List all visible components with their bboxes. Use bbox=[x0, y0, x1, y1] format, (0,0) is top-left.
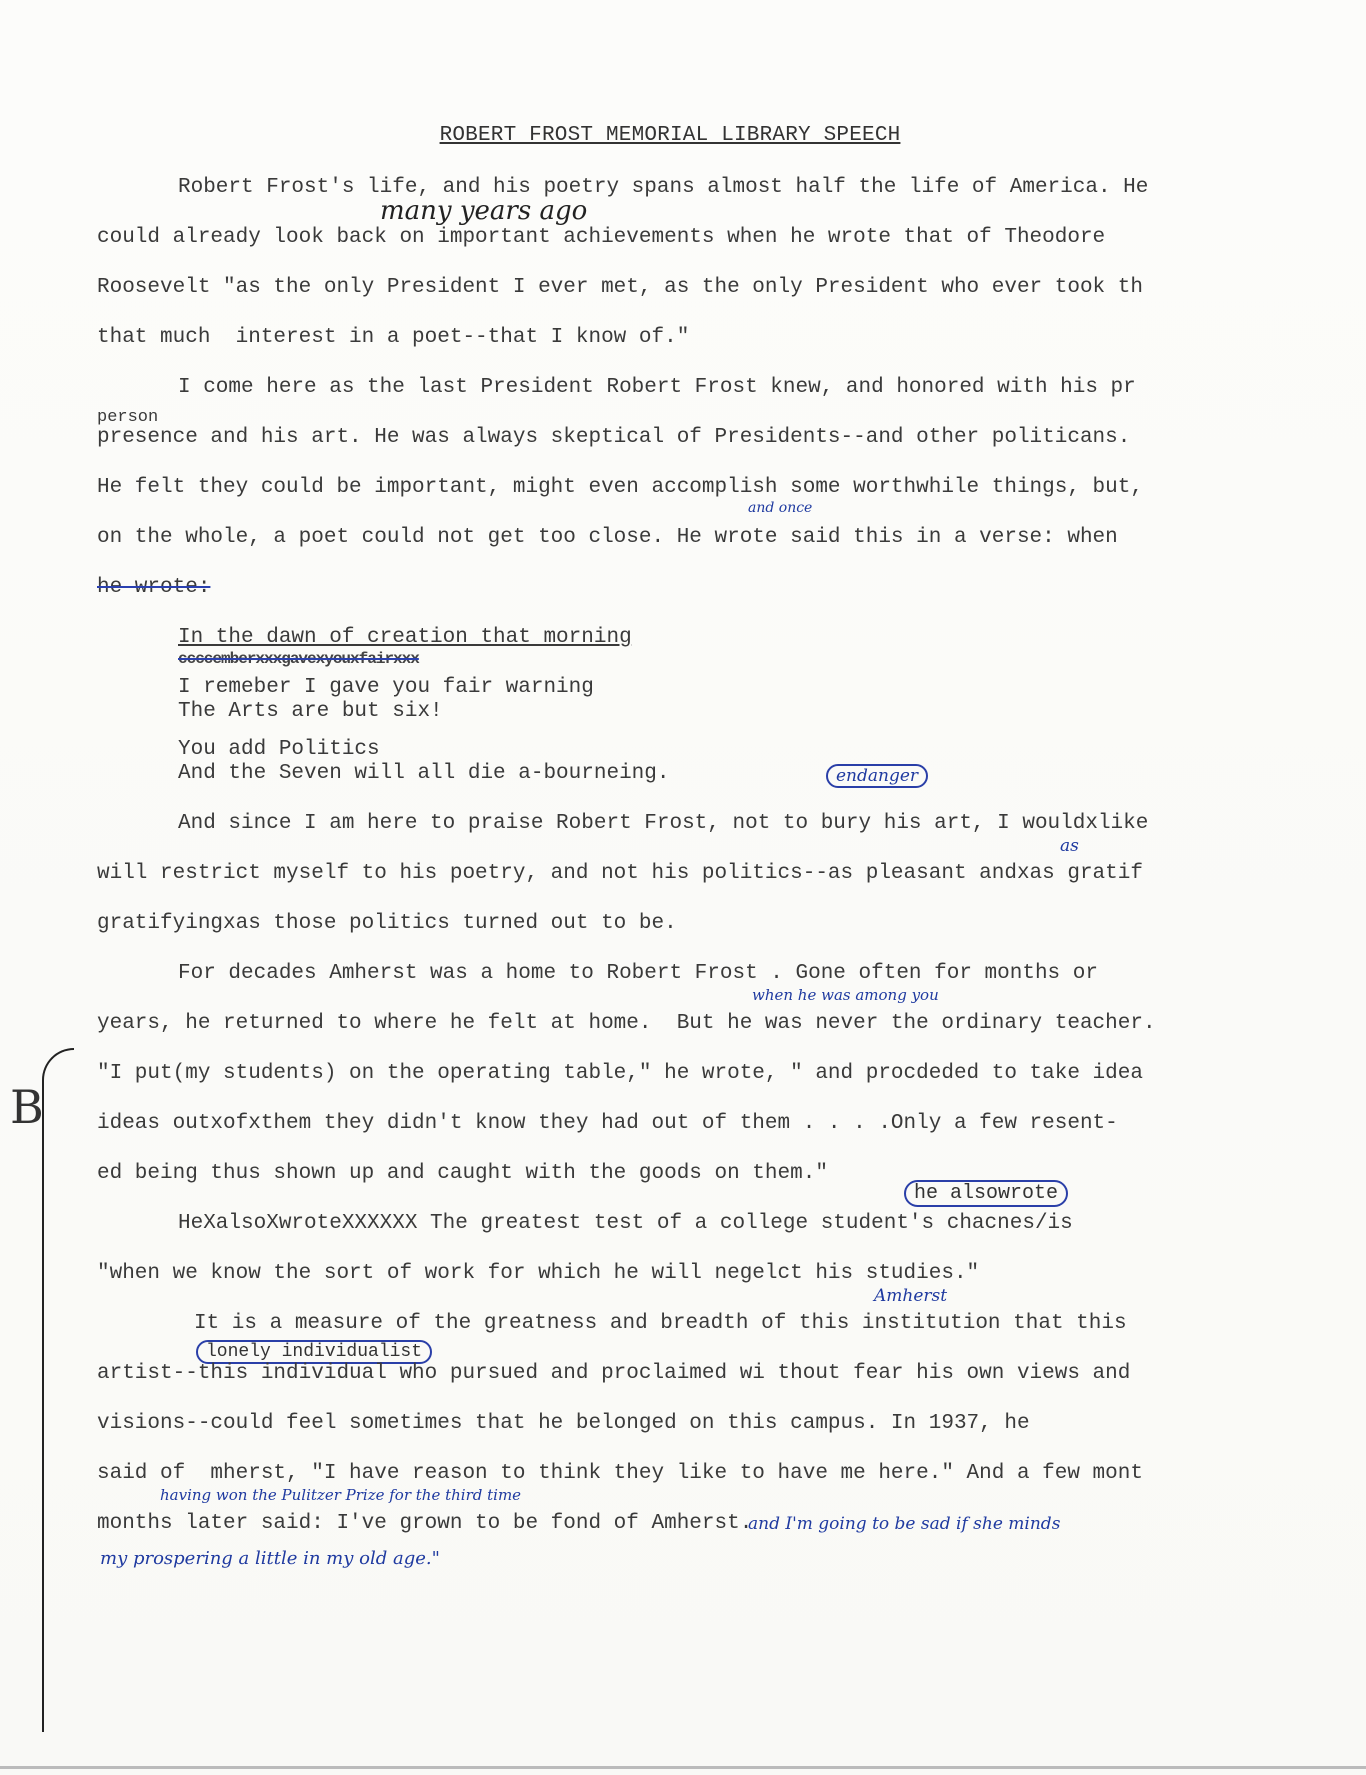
text-line: gratifyingxas those politics turned out … bbox=[97, 912, 677, 935]
text-line: HeXalsoXwroteXXXXXX The greatest test of… bbox=[178, 1212, 1073, 1235]
handwritten-note-many-years-ago: many years ago bbox=[380, 196, 587, 226]
margin-mark-b: B bbox=[10, 1080, 44, 1134]
verse-line: I remeber I gave you fair warning bbox=[178, 676, 594, 699]
text-line: could already look back on important ach… bbox=[97, 226, 1105, 249]
text-line: presence and his art. He was always skep… bbox=[97, 426, 1130, 449]
text-line: Robert Frost's life, and his poetry span… bbox=[178, 176, 1148, 199]
text-line: And since I am here to praise Robert Fro… bbox=[178, 812, 1148, 835]
handwritten-note-pulitzer: having won the Pulitzer Prize for the th… bbox=[160, 1486, 521, 1504]
handwritten-note-and-once: and once bbox=[748, 500, 812, 516]
text-line: Roosevelt "as the only President I ever … bbox=[97, 276, 1143, 299]
margin-bracket bbox=[42, 1048, 74, 1732]
text-line: ideas outxofxthem they didn't know they … bbox=[97, 1112, 1118, 1135]
typed-insert-he-also-wrote: he alsowrote bbox=[904, 1180, 1068, 1207]
text-line: said of mherst, "I have reason to think … bbox=[97, 1462, 1143, 1485]
text-line: It is a measure of the greatness and bre… bbox=[194, 1312, 1127, 1335]
page-bottom-edge bbox=[0, 1766, 1366, 1769]
text-line: He felt they could be important, might e… bbox=[97, 476, 1143, 499]
scanned-page: ROBERT FROST MEMORIAL LIBRARY SPEECH man… bbox=[0, 0, 1366, 1775]
typed-insert-lonely-individualist: lonely individualist bbox=[196, 1340, 432, 1364]
text-line: artist--this individual who pursued and … bbox=[97, 1362, 1130, 1385]
text-line: visions--could feel sometimes that he be… bbox=[97, 1412, 1030, 1435]
text-line: ed being thus shown up and caught with t… bbox=[97, 1162, 828, 1185]
typed-insert-person: person bbox=[97, 408, 158, 427]
handwritten-note-amherst: Amherst bbox=[874, 1286, 947, 1306]
verse-crossed-out: ccccemberxxxgavexyouxfairxxx bbox=[178, 650, 419, 668]
handwritten-note-old-age: my prospering a little in my old age." bbox=[100, 1548, 440, 1569]
text-line: years, he returned to where he felt at h… bbox=[97, 1012, 1156, 1035]
text-line: For decades Amherst was a home to Robert… bbox=[178, 962, 1098, 985]
text-line: I come here as the last President Robert… bbox=[178, 376, 1136, 399]
verse-line: In the dawn of creation that morning bbox=[178, 626, 632, 649]
text-line: on the whole, a poet could not get too c… bbox=[97, 526, 1118, 549]
handwritten-note-endanger: endanger bbox=[826, 764, 928, 788]
text-line: that much interest in a poet--that I kno… bbox=[97, 326, 689, 349]
document-title: ROBERT FROST MEMORIAL LIBRARY SPEECH bbox=[0, 124, 1340, 147]
text-line: will restrict myself to his poetry, and … bbox=[97, 862, 1143, 885]
handwritten-note-when-he-was-among-you: when he was among you bbox=[752, 986, 939, 1004]
verse-line: And the Seven will all die a-bourneing. bbox=[178, 762, 669, 785]
verse-line: The Arts are but six! bbox=[178, 700, 443, 723]
verse-line: You add Politics bbox=[178, 738, 380, 761]
text-line: he wrote: bbox=[97, 576, 210, 599]
text-line: "when we know the sort of work for which… bbox=[97, 1262, 979, 1285]
text-line: months later said: I've grown to be fond… bbox=[97, 1512, 752, 1535]
text-line: "I put(my students) on the operating tab… bbox=[97, 1062, 1143, 1085]
handwritten-note-sad-if-she-minds: and I'm going to be sad if she minds bbox=[748, 1514, 1060, 1534]
handwritten-note-as: as bbox=[1060, 836, 1079, 856]
